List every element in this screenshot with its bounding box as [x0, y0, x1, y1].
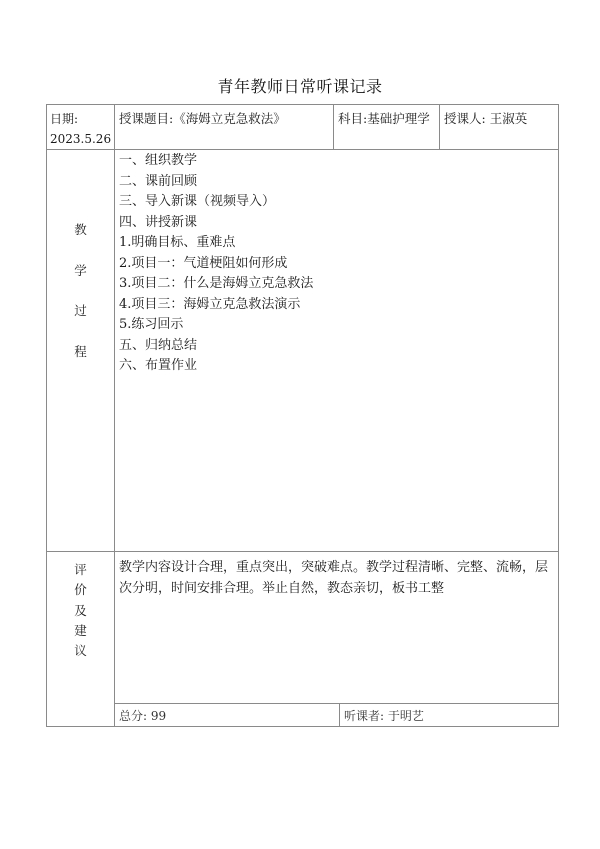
- process-label-char: 教: [47, 210, 114, 251]
- process-item: 5.练习回示: [119, 315, 558, 336]
- process-item: 一、组织教学: [119, 151, 558, 172]
- evaluation-row: 评 价 及 建 议 教学内容设计合理，重点突出，突破难点。教学过程清晰、完整、流…: [47, 552, 559, 704]
- listener-value: 于明艺: [388, 709, 424, 723]
- date-cell: 日期: 2023.5.26: [47, 105, 115, 150]
- score-label: 总分:: [119, 709, 147, 723]
- lesson-record-table: 日期: 2023.5.26 授课题目:《海姆立克急救法》 科目:基础护理学 授课…: [46, 104, 559, 727]
- topic-label: 授课题目:: [119, 111, 173, 126]
- evaluation-label-char: 议: [47, 641, 114, 661]
- process-content-cell: 一、组织教学 二、课前回顾 三、导入新课（视频导入） 四、讲授新课 1.明确目标…: [115, 150, 559, 552]
- process-item: 4.项目三：海姆立克急救法演示: [119, 295, 558, 316]
- teacher-value: 王淑英: [490, 111, 528, 126]
- process-item: 四、讲授新课: [119, 213, 558, 234]
- page-title: 青年教师日常听课记录: [0, 77, 600, 97]
- date-value: 2023.5.26: [50, 132, 111, 146]
- teacher-cell: 授课人: 王淑英: [440, 105, 559, 150]
- evaluation-text: 教学内容设计合理，重点突出，突破难点。教学过程清晰、完整、流畅，层次分明，时间安…: [115, 552, 558, 599]
- evaluation-label-char: 建: [47, 621, 114, 641]
- evaluation-label-char: 价: [47, 580, 114, 600]
- listener-cell: 听课者: 于明艺: [340, 704, 559, 727]
- score-cell: 总分: 99: [115, 704, 340, 727]
- date-label: 日期:: [50, 112, 78, 126]
- subject-label: 科目:: [338, 111, 367, 126]
- listener-label: 听课者:: [344, 709, 384, 723]
- process-label-char: 程: [47, 332, 114, 373]
- process-label-char: 过: [47, 291, 114, 332]
- evaluation-content-cell: 教学内容设计合理，重点突出，突破难点。教学过程清晰、完整、流畅，层次分明，时间安…: [115, 552, 559, 704]
- footer-row: 总分: 99 听课者: 于明艺: [47, 704, 559, 727]
- teacher-label: 授课人:: [444, 111, 486, 126]
- subject-cell: 科目:基础护理学: [334, 105, 440, 150]
- evaluation-label-cell: 评 价 及 建 议: [47, 552, 115, 727]
- subject-value: 基础护理学: [367, 111, 430, 126]
- process-row: 教 学 过 程 一、组织教学 二、课前回顾 三、导入新课（视频导入） 四、讲授新…: [47, 150, 559, 552]
- header-row: 日期: 2023.5.26 授课题目:《海姆立克急救法》 科目:基础护理学 授课…: [47, 105, 559, 150]
- process-item: 三、导入新课（视频导入）: [119, 192, 558, 213]
- evaluation-label-char: 评: [47, 560, 114, 580]
- process-item: 3.项目二：什么是海姆立克急救法: [119, 274, 558, 295]
- process-item: 五、归纳总结: [119, 336, 558, 357]
- process-item: 2.项目一：气道梗阻如何形成: [119, 254, 558, 275]
- process-label-cell: 教 学 过 程: [47, 150, 115, 552]
- topic-cell: 授课题目:《海姆立克急救法》: [115, 105, 334, 150]
- process-list: 一、组织教学 二、课前回顾 三、导入新课（视频导入） 四、讲授新课 1.明确目标…: [115, 150, 558, 377]
- process-item: 二、课前回顾: [119, 172, 558, 193]
- topic-value: 《海姆立克急救法》: [173, 111, 286, 126]
- evaluation-label-char: 及: [47, 601, 114, 621]
- process-label-char: 学: [47, 251, 114, 292]
- process-item: 1.明确目标、重难点: [119, 233, 558, 254]
- process-item: 六、布置作业: [119, 356, 558, 377]
- score-value: 99: [151, 709, 166, 723]
